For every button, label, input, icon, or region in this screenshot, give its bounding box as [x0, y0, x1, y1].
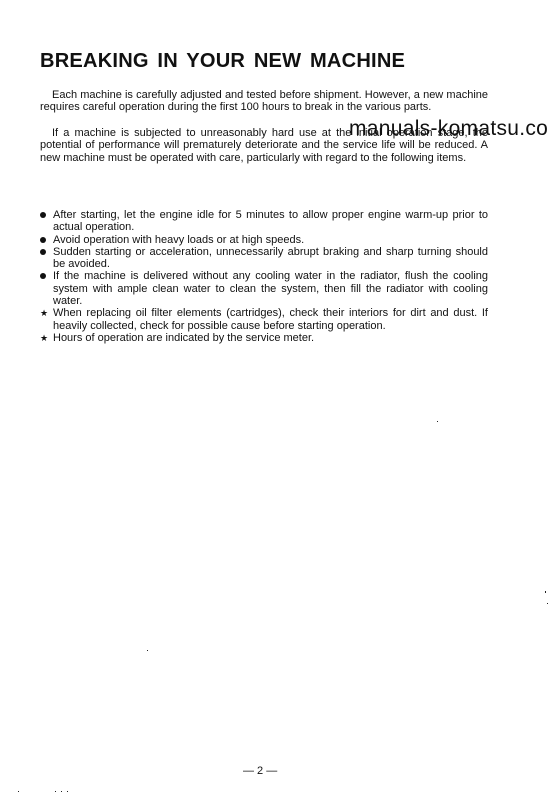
- page-title: BREAKING IN YOUR NEW MACHINE: [40, 49, 405, 73]
- scan-speck: [437, 421, 438, 422]
- list-item: Sudden starting or acceleration, unneces…: [40, 246, 488, 271]
- bullet-icon: [40, 246, 50, 258]
- list-item: If the machine is delivered without any …: [40, 270, 488, 307]
- scan-speck: [147, 650, 148, 651]
- scan-speck: [67, 791, 68, 792]
- list-item-text: Avoid operation with heavy loads or at h…: [53, 234, 304, 246]
- scan-speck: [55, 791, 56, 792]
- page-number: — 2 —: [243, 765, 277, 777]
- bullet-icon: [40, 270, 50, 282]
- list-item-text: If the machine is delivered without any …: [53, 270, 488, 307]
- list-item-text: When replacing oil filter elements (cart…: [53, 307, 488, 331]
- intro-paragraph: Each machine is carefully adjusted and t…: [40, 89, 488, 114]
- list-item-text: Hours of operation are indicated by the …: [53, 332, 314, 344]
- list-item: ★ Hours of operation are indicated by th…: [40, 332, 488, 344]
- star-icon: ★: [40, 332, 50, 344]
- star-icon: ★: [40, 307, 50, 319]
- scan-speck: [18, 791, 19, 792]
- scan-speck: [547, 603, 548, 604]
- list-item-text: Sudden starting or acceleration, unneces…: [53, 246, 488, 270]
- list-item-text: After starting, let the engine idle for …: [53, 209, 488, 233]
- list-item: After starting, let the engine idle for …: [40, 209, 488, 234]
- list-item: ★ When replacing oil filter elements (ca…: [40, 307, 488, 332]
- watermark: manuals-komatsu.co: [349, 117, 548, 141]
- bullet-icon: [40, 234, 50, 246]
- list-item: Avoid operation with heavy loads or at h…: [40, 234, 488, 246]
- scan-speck: [61, 791, 62, 792]
- bullet-icon: [40, 209, 50, 221]
- scan-speck: [545, 591, 546, 593]
- break-in-items-list: After starting, let the engine idle for …: [40, 209, 488, 344]
